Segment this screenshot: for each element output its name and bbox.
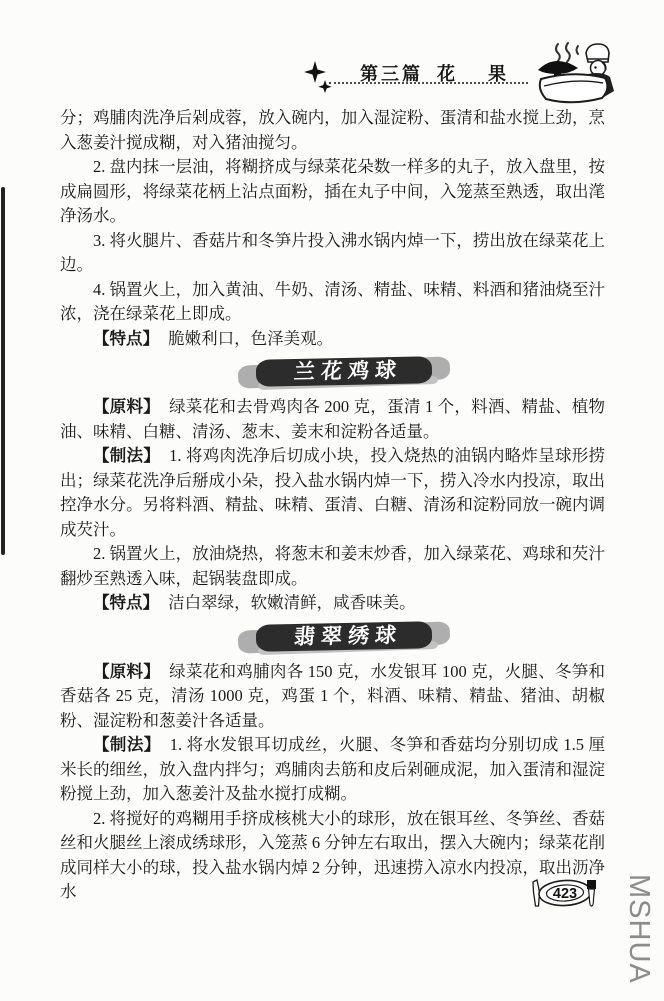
- paragraph-text: 脆嫩利口，色泽美观。: [168, 329, 333, 348]
- recipe-title: 兰花鸡球: [250, 358, 438, 386]
- recipe-title-banner: 兰花鸡球: [72, 352, 617, 394]
- body-paragraph: 【制法】1. 将鸡肉洗净后切成小块，投入烧热的油锅内略炸呈球形捞出；绿菜花洗净后…: [60, 444, 605, 542]
- body-paragraph: 2. 盘内抹一层油，将糊挤成与绿菜花朵数一样多的丸子，放入盘里，按成扁圆形，将绿…: [60, 155, 605, 229]
- body-paragraph: 分；鸡脯肉洗净后剁成蓉，放入碗内，加入湿淀粉、蛋清和盐水搅上劲，烹入葱姜汁搅成糊…: [60, 106, 605, 155]
- paragraph-text: 洁白翠绿，软嫩清鲜，咸香味美。: [168, 593, 416, 612]
- body-paragraph: 【特点】脆嫩利口，色泽美观。: [60, 327, 605, 352]
- ingredients-label: 【原料】: [93, 663, 160, 681]
- chef-steaming-pot-icon: [532, 42, 616, 104]
- paragraph-text: 2. 盘内抹一层油，将糊挤成与绿菜花朵数一样多的丸子，放入盘里，按成扁圆形，将绿…: [60, 157, 605, 225]
- recipe-title-banner: 翡翠绣球: [72, 617, 617, 659]
- body-paragraph: 2. 锅置火上，放油烧热，将葱末和姜末炒香，加入绿菜花、鸡球和芡汁翻炒至熟透入味…: [60, 542, 605, 591]
- paragraph-text: 2. 锅置火上，放油烧热，将葱末和姜末炒香，加入绿菜花、鸡球和芡汁翻炒至熟透入味…: [60, 544, 605, 588]
- features-label: 【特点】: [93, 330, 159, 348]
- recipe-section: 【原料】绿菜花和鸡脯肉各 150 克，水发银耳 100 克，火腿、冬笋和香菇各 …: [60, 660, 605, 905]
- paragraph-text: 2. 将搅好的鸡糊用手挤成核桃大小的球形，放在银耳丝、冬笋丝、香菇丝和火腿丝上滚…: [60, 809, 605, 902]
- paragraph-text: 4. 锅置火上，加入黄油、牛奶、清汤、精盐、味精、料酒和猪油烧至汁浓，浇在绿菜花…: [60, 280, 605, 324]
- recipe-continuation-section: 分；鸡脯肉洗净后剁成蓉，放入碗内，加入湿淀粉、蛋清和盐水搅上劲，烹入葱姜汁搅成糊…: [60, 106, 605, 351]
- recipe-section: 【原料】绿菜花和去骨鸡肉各 200 克，蛋清 1 个，料酒、精盐、植物油、味精、…: [60, 395, 605, 616]
- page-body-text: 分；鸡脯肉洗净后剁成蓉，放入碗内，加入湿淀粉、蛋清和盐水搅上劲，烹入葱姜汁搅成糊…: [60, 106, 605, 905]
- brush-stroke-banner: 翡翠绣球: [252, 617, 438, 657]
- four-point-star-icon: [304, 61, 332, 93]
- header-dotted-rule: [329, 66, 528, 84]
- page-number: 423: [553, 886, 577, 902]
- plate-with-cutlery-icon: 423: [530, 877, 600, 909]
- brush-stroke-banner: 兰花鸡球: [252, 352, 438, 392]
- body-paragraph: 3. 将火腿片、香菇片和冬笋片投入沸水锅内焯一下，捞出放在绿菜花上边。: [60, 229, 605, 278]
- paragraph-text: 分；鸡脯肉洗净后剁成蓉，放入碗内，加入湿淀粉、蛋清和盐水搅上劲，烹入葱姜汁搅成糊…: [60, 108, 605, 152]
- recipe-title: 翡翠绣球: [250, 623, 438, 651]
- features-label: 【特点】: [93, 594, 159, 612]
- method-label: 【制法】: [93, 447, 160, 465]
- body-paragraph: 4. 锅置火上，加入黄油、牛奶、清汤、精盐、味精、料酒和猪油烧至汁浓，浇在绿菜花…: [60, 278, 605, 327]
- scan-artifact-strip: [1, 187, 5, 555]
- paragraph-text: 3. 将火腿片、香菇片和冬笋片投入沸水锅内焯一下，捞出放在绿菜花上边。: [60, 231, 605, 275]
- scanned-cookbook-page: 第三篇花果 分；鸡脯肉洗净后剁成蓉，放入碗内，加入湿淀粉、蛋清和盐水搅上劲，烹入…: [0, 0, 664, 1001]
- ingredients-label: 【原料】: [93, 398, 160, 416]
- body-paragraph: 【制法】1. 将水发银耳切成丝，火腿、冬笋和香菇均分别切成 1.5 厘米长的细丝…: [60, 733, 605, 807]
- body-paragraph: 【特点】洁白翠绿，软嫩清鲜，咸香味美。: [60, 591, 605, 616]
- watermark-text: MSHUA: [622, 874, 655, 992]
- body-paragraph: 2. 将搅好的鸡糊用手挤成核桃大小的球形，放在银耳丝、冬笋丝、香菇丝和火腿丝上滚…: [60, 807, 605, 905]
- body-paragraph: 【原料】绿菜花和鸡脯肉各 150 克，水发银耳 100 克，火腿、冬笋和香菇各 …: [60, 660, 605, 734]
- body-paragraph: 【原料】绿菜花和去骨鸡肉各 200 克，蛋清 1 个，料酒、精盐、植物油、味精、…: [60, 395, 605, 444]
- method-label: 【制法】: [93, 736, 161, 754]
